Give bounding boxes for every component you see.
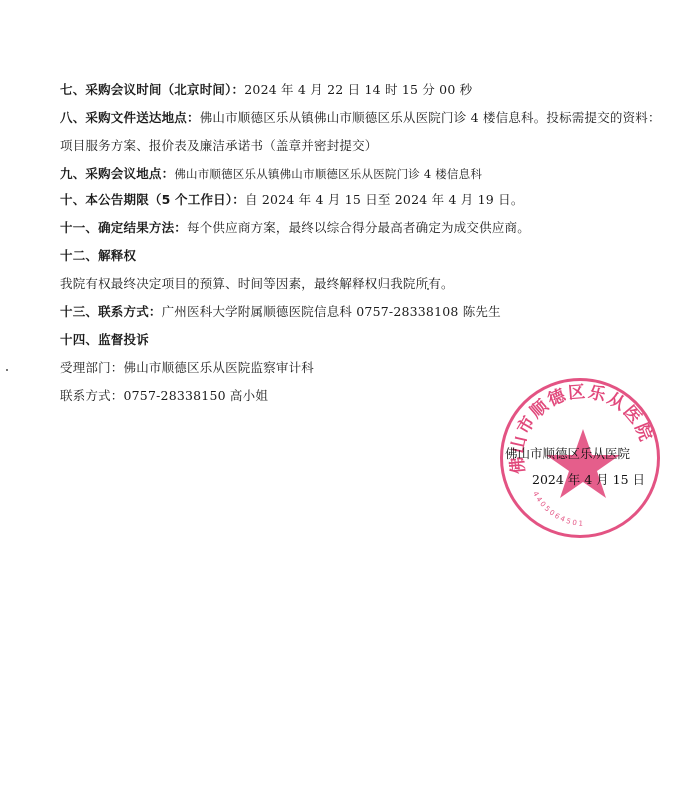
section-13: 十三、联系方式：广州医科大学附属顺德医院信息科 0757-28338108 陈先… [60,302,501,320]
section-14-contact: 联系方式：0757-28338150 高小姐 [60,386,268,404]
section-10: 十、本公告期限（5 个工作日）：自 2024 年 4 月 15 日至 2024 … [60,190,524,208]
svg-text:4405064501: 4405064501 [531,490,585,528]
section-7: 七、采购会议时间（北京时间）：2024 年 4 月 22 日 14 时 15 分… [60,80,472,98]
signature-date: 2024 年 4 月 15 日 [532,470,645,488]
section-14-heading: 十四、监督投诉 [60,330,149,348]
section-12-heading: 十二、解释权 [60,246,136,264]
scan-speck [6,369,8,371]
section-text: 自 2024 年 4 月 15 日至 2024 年 4 月 19 日。 [245,192,524,207]
section-12-text: 我院有权最终决定项目的预算、时间等因素，最终解释权归我院所有。 [60,274,454,292]
section-11: 十一、确定结果方法：每个供应商方案，最终以综合得分最高者确定为成交供应商。 [60,218,530,236]
scan-speck [427,288,429,290]
section-heading: 七、采购会议时间（北京时间）： [60,82,244,97]
section-text: 2024 年 4 月 22 日 14 时 15 分 00 秒 [244,82,472,97]
section-text: 广州医科大学附属顺德医院信息科 0757-28338108 陈先生 [162,304,501,319]
section-14-department: 受理部门：佛山市顺德区乐从医院监察审计科 [60,358,314,376]
seal-serial: 4405064501 [531,490,585,528]
section-heading: 十一、确定结果方法： [60,220,187,235]
section-text: 佛山市顺德区乐从镇佛山市顺德区乐从医院门诊 4 楼信息科。投标需提交的资料： [200,110,661,125]
section-heading: 九、采购会议地点： [60,166,174,181]
section-9: 九、采购会议地点：佛山市顺德区乐从镇佛山市顺德区乐从医院门诊 4 楼信息科 [60,164,482,182]
section-heading: 八、采购文件送达地点： [60,110,200,125]
signature-org: 佛山市顺德区乐从医院 [505,444,630,462]
section-text: 佛山市顺德区乐从镇佛山市顺德区乐从医院门诊 4 楼信息科 [174,167,482,181]
section-8: 八、采购文件送达地点：佛山市顺德区乐从镇佛山市顺德区乐从医院门诊 4 楼信息科。… [60,108,661,126]
section-heading: 十、本公告期限（5 个工作日）： [60,192,245,207]
section-heading: 十三、联系方式： [60,304,162,319]
section-text: 每个供应商方案，最终以综合得分最高者确定为成交供应商。 [187,220,530,235]
section-8-continued: 项目服务方案、报价表及廉洁承诺书（盖章并密封提交） [60,136,378,154]
